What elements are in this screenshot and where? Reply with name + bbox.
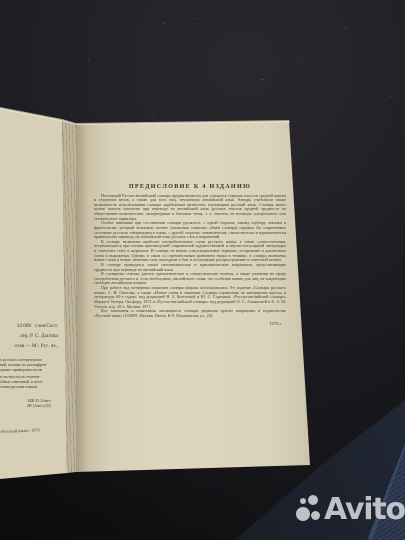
preface-year: 1973 г. [94,321,286,326]
publisher-line: «Русский язык», 1973 [0,426,62,434]
annotation-line: ления русским языком [0,385,62,390]
imprint-line: лер, Р. С. Даглиш [0,331,58,341]
preface-title: ПРЕДИСЛОВИЕ К 4 ИЗДАНИЮ [94,184,286,190]
preface-paragraph: Все замечания и пожелания, касающиеся сл… [94,309,286,318]
preface-paragraph: В словарных статьях даются грамматически… [94,272,286,286]
annotation-block: х русского литературного ний, помимо их … [0,358,62,373]
annotation-line: орами справедливости не [0,368,62,373]
preface-paragraph: Особое внимание при составлении словаря … [94,221,286,240]
avito-brand-text: Avito [324,494,405,526]
listing-photo: 34 000 слов/Сост. лер, Р. С. Даглиш отав… [0,0,405,540]
preface-paragraph: Настоящий Русско-английский словарь пред… [94,194,286,222]
preface-paragraph: В словарь включены наиболее употребитель… [94,240,286,263]
avito-watermark: Avito [294,494,405,526]
bbk-catalog-code: ББК 81.2Англ 4И (Англ) (03) [16,399,62,409]
annotation-block: в частности по отмечен- обных замечаний,… [0,375,62,390]
imprint-line: 34 000 слов/Сост. [0,321,58,331]
preface-page-text: ПРЕДИСЛОВИЕ К 4 ИЗДАНИЮ Настоящий Русско… [94,184,286,326]
avito-logo-icon [294,494,322,526]
bbk-line: 4И (Англ) (03) [16,404,62,409]
imprint-line: отав.— М.: Рус. яз., [0,341,58,351]
preface-paragraph: При работе над четвертым изданием словар… [94,286,286,309]
imprint-block: 34 000 слов/Сост. лер, Р. С. Даглиш отав… [0,321,58,351]
